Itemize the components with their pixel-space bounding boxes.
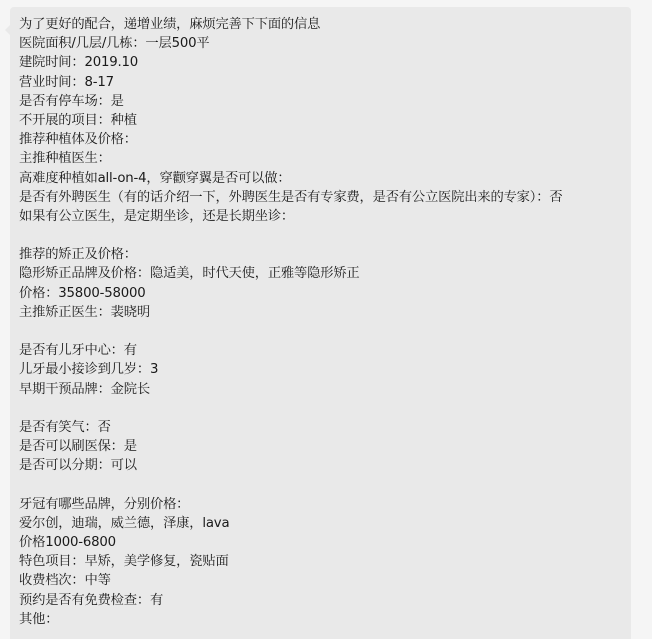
message-line-external-doctor: 是否有外聘医生（有的话介绍一下，外聘医生是否有专家费，是否有公立医院出来的专家）… bbox=[19, 188, 631, 207]
message-line-kids-center: 是否有儿牙中心：有 bbox=[19, 341, 631, 360]
message-line-other: 其他： bbox=[19, 610, 631, 629]
message-line-kids-min-age: 儿牙最小接诊到几岁：3 bbox=[19, 360, 631, 379]
message-line-early-intervention: 早期干预品牌：金院长 bbox=[19, 380, 631, 399]
message-line-all-on-4: 高难度种植如all-on-4，穿颧穿翼是否可以做： bbox=[19, 169, 631, 188]
message-line-ortho-doctor: 主推矫正医生：裴晓明 bbox=[19, 303, 631, 322]
message-line-founded: 建院时间：2019.10 bbox=[19, 53, 631, 72]
message-line-installments: 是否可以分期：可以 bbox=[19, 456, 631, 475]
message-line-blank bbox=[19, 226, 631, 245]
message-line-blank bbox=[19, 322, 631, 341]
message-bubble[interactable]: 为了更好的配合，递增业绩，麻烦完善下下面的信息 医院面积/几层/几栋：一层500… bbox=[10, 7, 631, 639]
message-line-parking: 是否有停车场：是 bbox=[19, 92, 631, 111]
message-line-area: 医院面积/几层/几栋：一层500平 bbox=[19, 34, 631, 53]
message-line-ortho-heading: 推荐的矫正及价格： bbox=[19, 245, 631, 264]
message-line-implant-doctor: 主推种植医生： bbox=[19, 149, 631, 168]
message-line-price-level: 收费档次：中等 bbox=[19, 571, 631, 590]
message-line-insurance: 是否可以刷医保：是 bbox=[19, 437, 631, 456]
message-line-crown-price: 价格1000-6800 bbox=[19, 533, 631, 552]
message-line-implant-price: 推荐种植体及价格： bbox=[19, 130, 631, 149]
message-line-public-doctor: 如果有公立医生，是定期坐诊，还是长期坐诊： bbox=[19, 207, 631, 226]
message-line-intro: 为了更好的配合，递增业绩，麻烦完善下下面的信息 bbox=[19, 15, 631, 34]
message-line-blank bbox=[19, 399, 631, 418]
message-line-invisalign-brands: 隐形矫正品牌及价格：隐适美，时代天使，正雅等隐形矫正 bbox=[19, 264, 631, 283]
message-line-free-checkup: 预约是否有免费检查：有 bbox=[19, 591, 631, 610]
bubble-arrow-icon bbox=[5, 25, 10, 35]
message-line-special-items: 特色项目：早矫，美学修复，瓷贴面 bbox=[19, 552, 631, 571]
chat-area: 为了更好的配合，递增业绩，麻烦完善下下面的信息 医院面积/几层/几栋：一层500… bbox=[0, 0, 652, 639]
message-line-ortho-price: 价格：35800-58000 bbox=[19, 284, 631, 303]
message-line-excluded-items: 不开展的项目：种植 bbox=[19, 111, 631, 130]
message-line-crown-brands: 爱尔创，迪瑞，威兰德，泽康，lava bbox=[19, 514, 631, 533]
message-line-laughing-gas: 是否有笑气：否 bbox=[19, 418, 631, 437]
message-line-blank bbox=[19, 476, 631, 495]
message-line-crown-brands-heading: 牙冠有哪些品牌，分别价格： bbox=[19, 495, 631, 514]
message-line-hours: 营业时间：8-17 bbox=[19, 73, 631, 92]
